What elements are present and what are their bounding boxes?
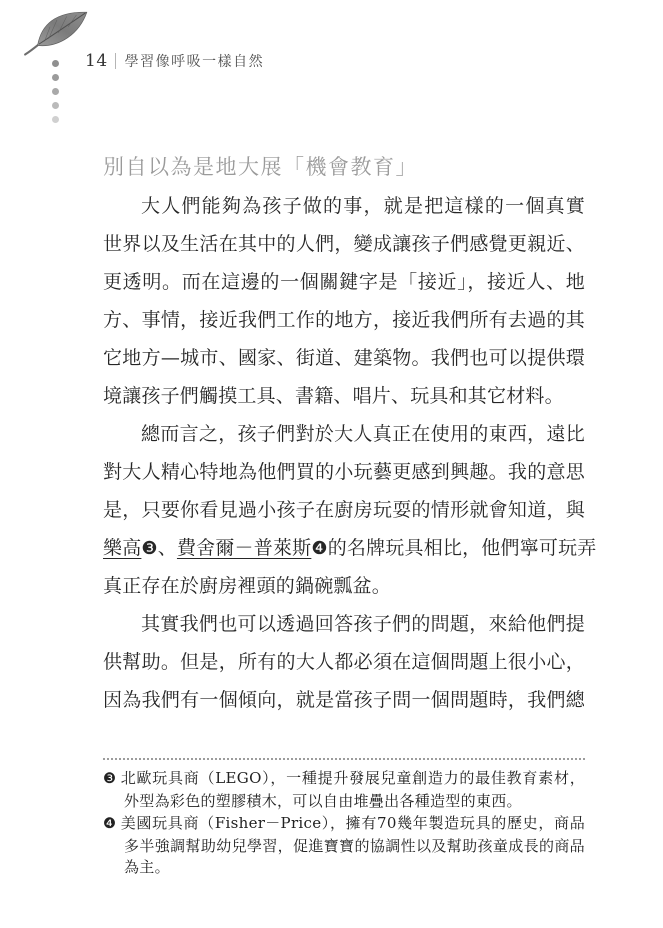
footnote-text: 北歐玩具商（LEGO），一種提升發展兒童創造力的最佳教育素材，外型為彩色的塑膠積… [121,769,585,810]
header-separator [115,53,116,69]
text-line: 它地方—城市、國家、街道、建築物。我們也可以提供環 [103,339,585,377]
footnote-item: ❸北歐玩具商（LEGO），一種提升發展兒童創造力的最佳教育素材，外型為彩色的塑膠… [103,768,585,812]
ornament-dot-column [52,60,60,130]
list-separator: 、 [158,537,177,559]
dot-icon [52,88,59,95]
section-heading: 別自以為是地大展「機會教育」 [103,150,585,184]
footnote-marker-4-icon: ❹ [311,538,327,559]
text-line: 真正存在於廚房裡頭的鍋碗瓢盆。 [103,567,585,605]
footnote-text: 美國玩具商（Fisher－Price），擁有70幾年製造玩具的歷史，商品多半強調… [121,814,585,876]
text-line-with-references: 樂高❸、費舍爾－普萊斯❹的名牌玩具相比，他們寧可玩弄 [103,529,585,567]
dot-icon [52,60,59,67]
text-line: 境讓孩子們觸摸工具、書籍、唱片、玩具和其它材料。 [103,377,585,415]
dot-icon [52,74,59,81]
text-line: 是，只要你看見過小孩子在廚房玩耍的情形就會知道，與 [103,491,585,529]
text-line: 供幫助。但是，所有的大人都必須在這個問題上很小心， [103,643,585,681]
brand-name-lego: 樂高 [103,537,141,559]
text-line: 世界以及生活在其中的人們，變成讓孩子們感覺更親近、 [103,225,585,263]
book-page: { "header": { "page_number": "14", "sepa… [0,0,663,928]
line-text: 的名牌玩具相比，他們寧可玩弄 [328,537,597,559]
brand-name-fisher-price: 費舍爾－普萊斯 [177,537,311,559]
text-line: 總而言之，孩子們對於大人真正在使用的東西，遠比 [103,415,585,453]
text-line: 方、事情，接近我們工作的地方，接近我們所有去過的其 [103,301,585,339]
footnote-block: ❸北歐玩具商（LEGO），一種提升發展兒童創造力的最佳教育素材，外型為彩色的塑膠… [103,758,585,880]
dot-icon [52,116,59,123]
footnote-marker-3-icon: ❸ [103,771,121,787]
running-header: 14 學習像呼吸一樣自然 [85,50,264,72]
paragraph-2: 總而言之，孩子們對於大人真正在使用的東西，遠比 對大人精心特地為他們買的小玩藝更… [103,415,585,605]
leaf-ornament-icon [22,6,92,58]
book-title: 學習像呼吸一樣自然 [125,51,265,71]
dot-icon [52,102,59,109]
text-line: 更透明。而在這邊的一個關鍵字是「接近」，接近人、地 [103,263,585,301]
footnote-marker-4-icon: ❹ [103,816,121,832]
paragraph-1: 大人們能夠為孩子做的事，就是把這樣的一個真實 世界以及生活在其中的人們，變成讓孩… [103,187,585,415]
page-number: 14 [85,51,108,71]
main-text-column: 別自以為是地大展「機會教育」 大人們能夠為孩子做的事，就是把這樣的一個真實 世界… [103,150,585,719]
text-line: 對大人精心特地為他們買的小玩藝更感到興趣。我的意思 [103,453,585,491]
text-line: 因為我們有一個傾向，就是當孩子問一個問題時，我們總 [103,681,585,719]
paragraph-3: 其實我們也可以透過回答孩子們的問題，來給他們提 供幫助。但是，所有的大人都必須在… [103,605,585,719]
text-line: 大人們能夠為孩子做的事，就是把這樣的一個真實 [103,187,585,225]
footnote-item: ❹美國玩具商（Fisher－Price），擁有70幾年製造玩具的歷史，商品多半強… [103,813,585,879]
text-line: 其實我們也可以透過回答孩子們的問題，來給他們提 [103,605,585,643]
footnote-marker-3-icon: ❸ [141,538,157,559]
